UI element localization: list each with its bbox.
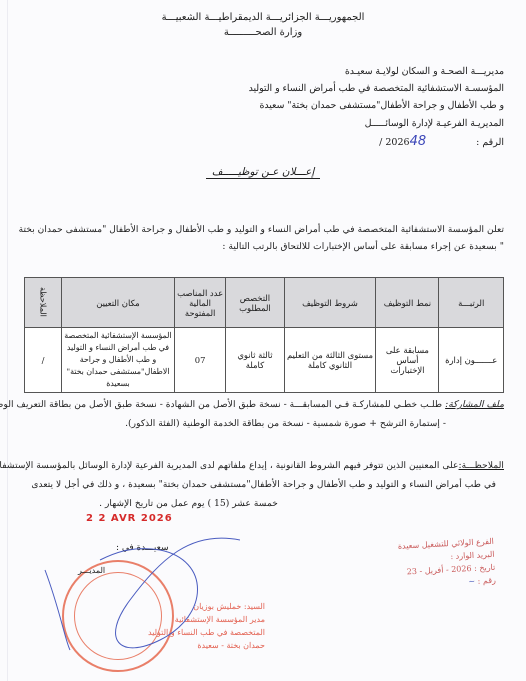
issuer-line-4: المديريـة الفرعيـة لإدارة الوسائـــــل bbox=[365, 118, 504, 129]
ref-label: الرقم : bbox=[476, 137, 504, 149]
cell-location: المؤسسة الإستشفائية المتخصصة في طب أمراض… bbox=[62, 328, 175, 393]
table-row: عـــــــون إدارة مسابقة على أساس الإختبا… bbox=[25, 328, 504, 393]
remark-label: الملاحظـــة: bbox=[459, 460, 504, 471]
issuer-line-3: و طب الأطفال و جراحة الأطفال"مستشفى حمدا… bbox=[260, 100, 505, 111]
table-header-row: الرتبـــة نمط التوظيف شروط التوظيف التخص… bbox=[25, 278, 504, 328]
handwritten-signature-icon bbox=[40, 520, 240, 660]
title-text: إعـــلان عـن توظيـــــف bbox=[206, 166, 321, 179]
col-note: الملاحظة bbox=[25, 278, 62, 328]
ref-handwritten-number: 48 bbox=[410, 134, 427, 149]
registration-stamp: الفرع الولائي للتشغيل سعيدة البريد الوار… bbox=[294, 535, 496, 597]
remark-line-3: خمسة عشر (15 ) يوم عمل من تاريخ الإشهار … bbox=[99, 498, 278, 509]
cell-conditions: مستوى الثالثة من التعليم الثانوي كاملة bbox=[284, 328, 376, 393]
reg-handwritten-mark: ~ bbox=[468, 577, 475, 586]
reg-date-value: 2026 - أفريل - 23 bbox=[407, 564, 472, 576]
remark-line-2: في طب أمراض النساء و التوليد و طب الأطفا… bbox=[31, 479, 496, 490]
positions-table: الرتبـــة نمط التوظيف شروط التوظيف التخص… bbox=[24, 277, 504, 393]
cell-note: / bbox=[25, 328, 62, 393]
file-line-1: ملف المشاركة: طلـب خطـي للمشاركـة فـي ال… bbox=[0, 399, 504, 410]
cell-positions: 07 bbox=[174, 328, 226, 393]
document-title: إعـــلان عـن توظيـــــف bbox=[0, 166, 526, 178]
reference-number: الرقم : 48 2026 / bbox=[379, 137, 504, 149]
ministry-heading: وزارة الصحـــــــــة bbox=[0, 27, 526, 38]
remark-line-1: الملاحظـــة:على المعنيين الذين تتوفر فيه… bbox=[0, 460, 504, 471]
file-label: ملف المشاركة: bbox=[445, 399, 504, 410]
ref-year: 2026 / bbox=[379, 137, 409, 149]
col-specialty: التخصص المطلوب bbox=[226, 278, 284, 328]
col-rank: الرتبـــة bbox=[439, 278, 504, 328]
file-line-2: - إستمارة الترشح + صورة شمسية - نسخة من … bbox=[125, 418, 446, 429]
intro-line-2: " بسعيدة عن إجراء مسابقة على أساس الإختب… bbox=[9, 241, 504, 252]
cell-mode: مسابقة على أساس الإختبارات bbox=[376, 328, 439, 393]
reg-date-label: تاريخ : bbox=[474, 563, 496, 573]
file-text-1: طلـب خطـي للمشاركـة فـي المسابقـــة - نس… bbox=[0, 399, 442, 410]
col-positions: عدد المناصب المالية المفتوحة bbox=[174, 278, 226, 328]
issuer-line-2: المؤسسـة الاستشفائية المتخصصة في طب أمرا… bbox=[249, 83, 504, 94]
reg-number-label: رقم : bbox=[477, 576, 496, 586]
issuer-line-1: مديريـــة الصحـة و السكان لولايـة سعيـدة bbox=[345, 66, 504, 77]
intro-line-1: تعلن المؤسسة الاستشفائية المتخصصة في طب … bbox=[9, 224, 504, 235]
col-location: مكان التعيين bbox=[62, 278, 175, 328]
republic-heading: الجمهوريـــة الجزائريـــة الديمقراطيـــة… bbox=[0, 12, 526, 23]
cell-rank: عـــــــون إدارة bbox=[439, 328, 504, 393]
col-conditions: شروط التوظيف bbox=[284, 278, 376, 328]
note-header-text: الملاحظة bbox=[39, 287, 48, 317]
cell-specialty: ثالثة ثانوي كاملة bbox=[226, 328, 284, 393]
col-mode: نمط التوظيف bbox=[376, 278, 439, 328]
page-edge bbox=[7, 0, 8, 681]
remark-text-1: على المعنيين الذين تتوفر فيهم الشروط الق… bbox=[0, 460, 459, 471]
